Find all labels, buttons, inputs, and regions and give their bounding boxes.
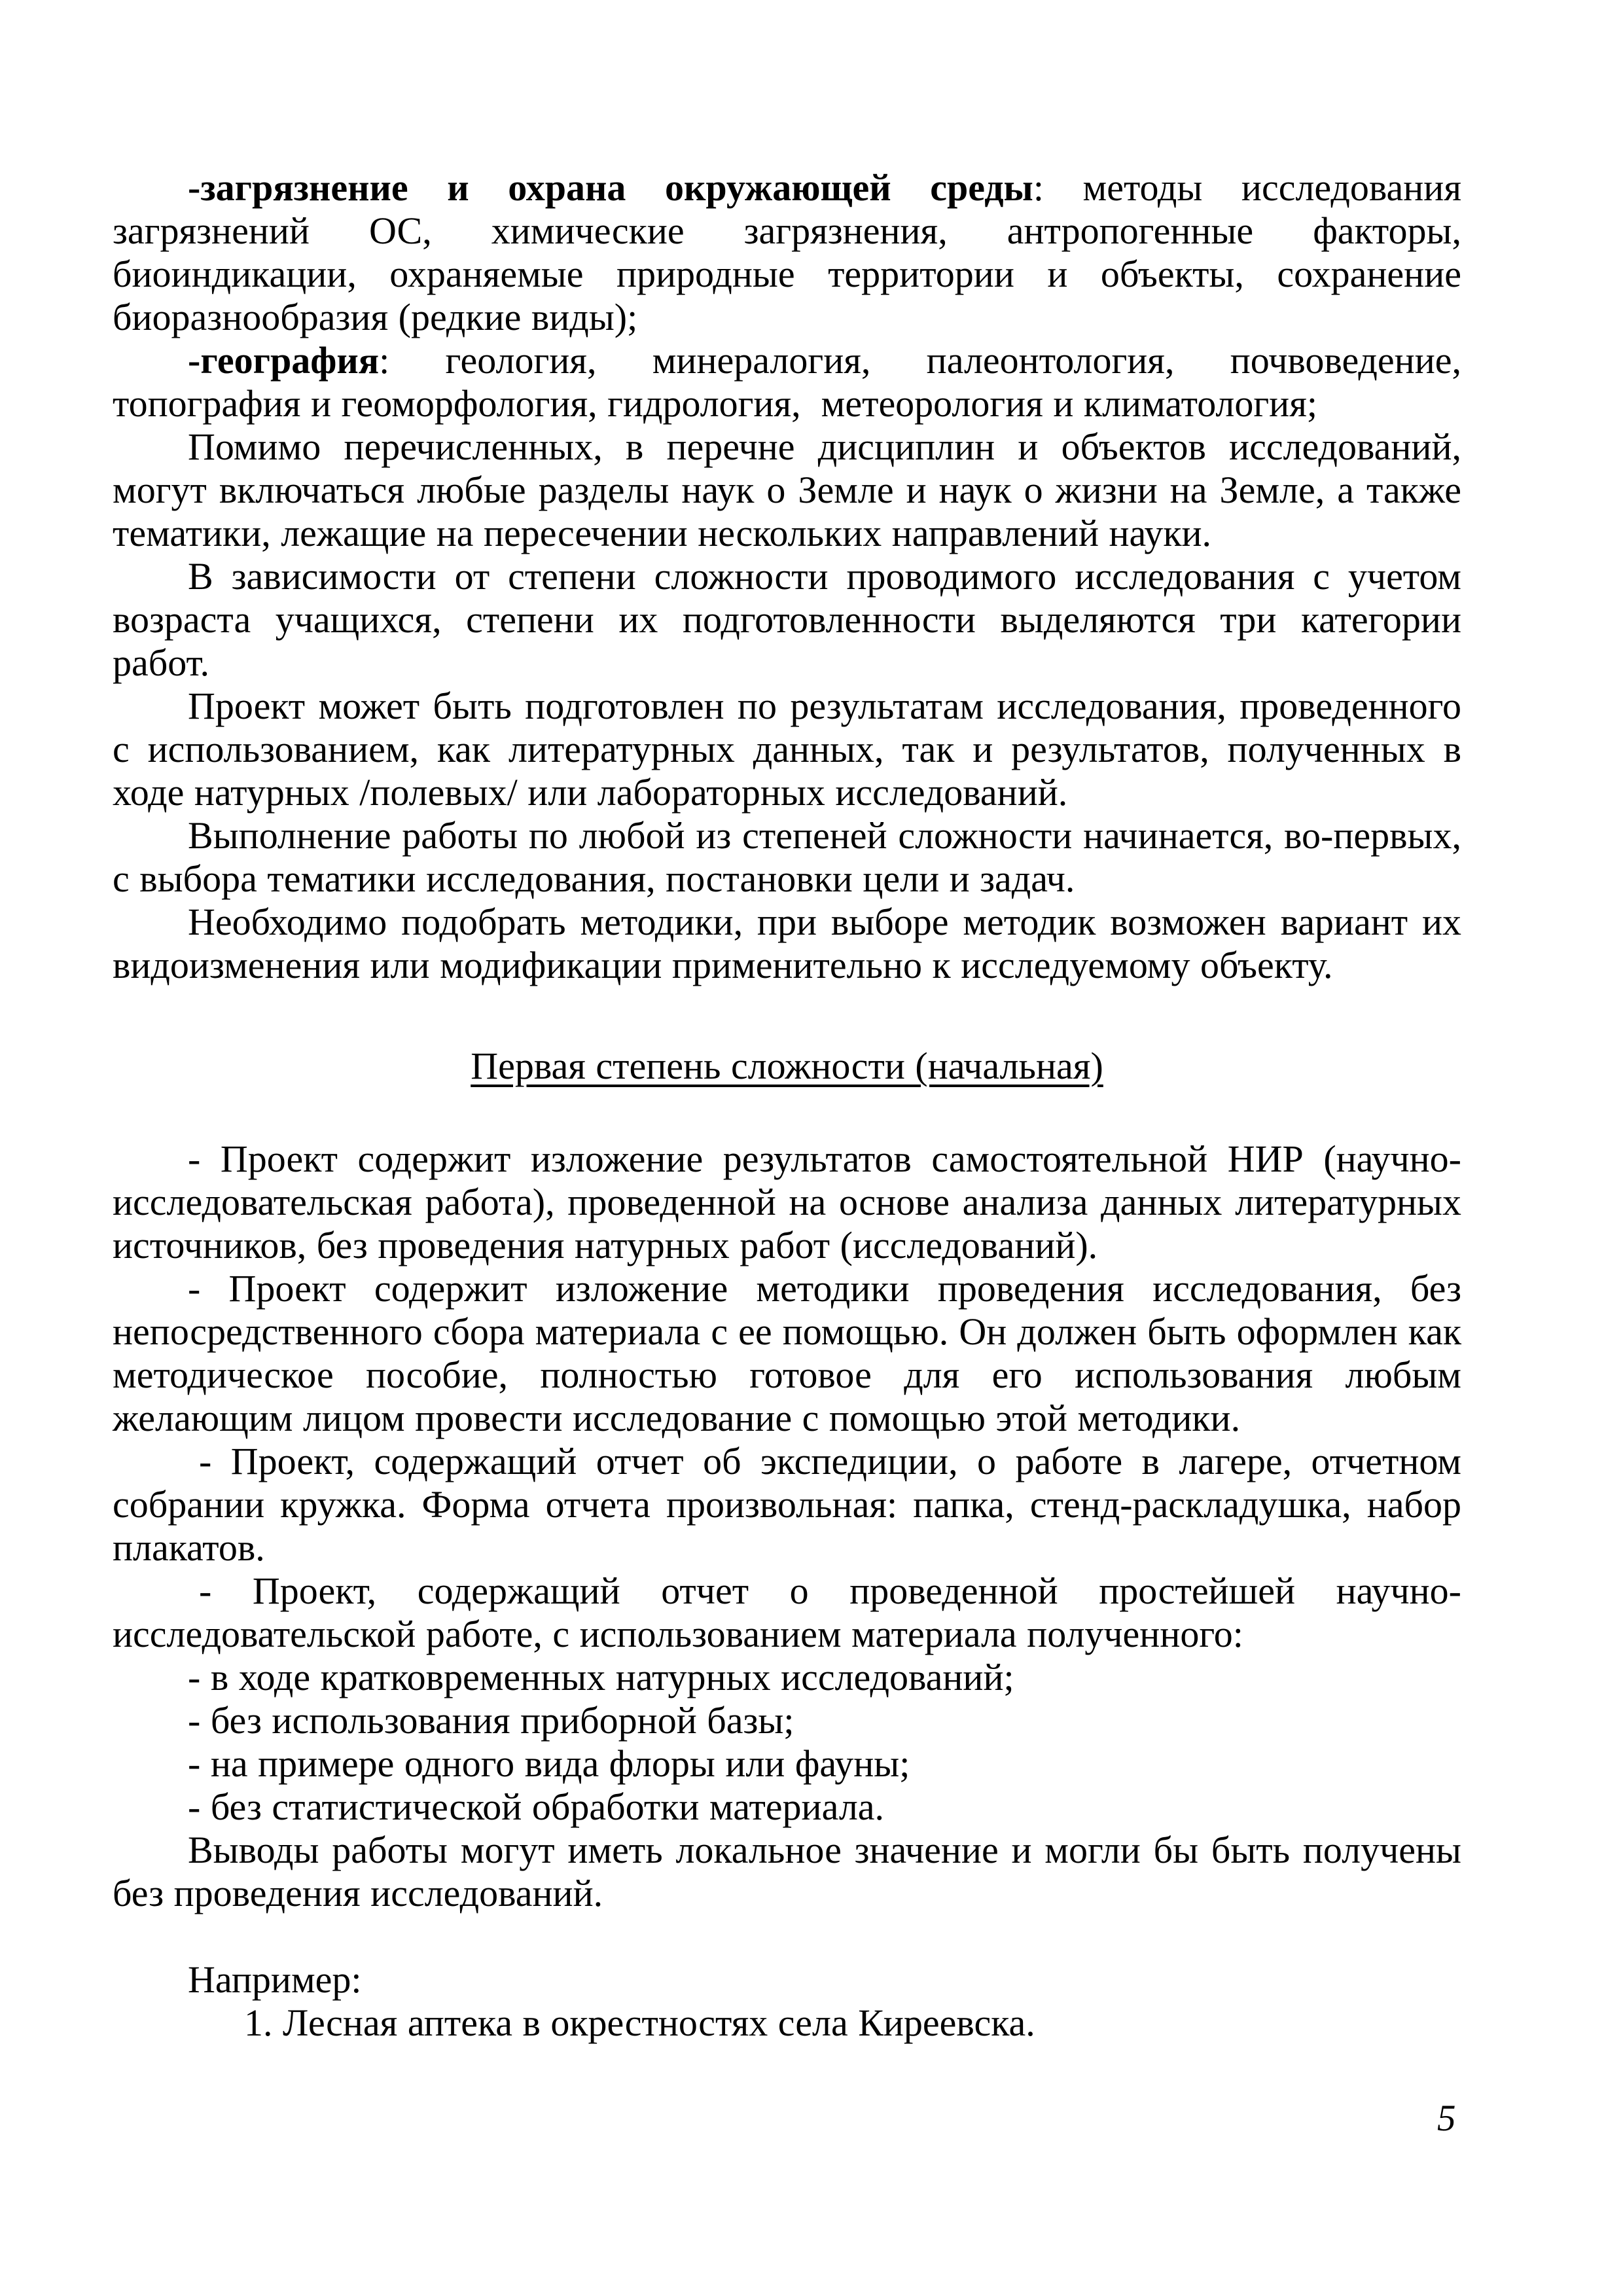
bullet-expedition-report: - Проект, содержащий отчет об экспедиции… bbox=[113, 1440, 1461, 1570]
list-item-no-instruments: - без использования приборной базы; bbox=[113, 1699, 1461, 1742]
list-item-no-statistics: - без статистической обработки материала… bbox=[113, 1785, 1461, 1829]
paragraph-complexity-categories: В зависимости от степени сложности прово… bbox=[113, 555, 1461, 685]
section-heading-text: Первая степень сложности (начальная) bbox=[471, 1045, 1103, 1087]
paragraph-conclusions: Выводы работы могут иметь локальное знач… bbox=[113, 1829, 1461, 1915]
paragraph-work-start: Выполнение работы по любой из степеней с… bbox=[113, 814, 1461, 901]
section-heading: Первая степень сложности (начальная) bbox=[113, 1045, 1461, 1088]
paragraph-geography-lead: -география bbox=[188, 339, 379, 382]
paragraph-beyond-listed: Помимо перечисленных, в перечне дисципли… bbox=[113, 425, 1461, 555]
bullet-lit-review: - Проект содержит изложение результатов … bbox=[113, 1138, 1461, 1267]
list-item-single-species: - на примере одного вида флоры или фауны… bbox=[113, 1742, 1461, 1785]
paragraph-pollution: -загрязнение и охрана окружающей среды: … bbox=[113, 166, 1461, 339]
paragraph-pollution-lead: -загрязнение и охрана окружающей среды bbox=[188, 166, 1033, 209]
paragraph-geography: -география: геология, минералогия, палео… bbox=[113, 339, 1461, 425]
bullet-simple-research: - Проект, содержащий отчет о проведенной… bbox=[113, 1570, 1461, 1656]
page-number: 5 bbox=[1437, 2097, 1456, 2140]
paragraph-project-sources: Проект может быть подготовлен по результ… bbox=[113, 685, 1461, 814]
bullet-methodology: - Проект содержит изложение методики про… bbox=[113, 1267, 1461, 1440]
document-page: -загрязнение и охрана окружающей среды: … bbox=[0, 0, 1623, 2296]
list-item-field-research: - в ходе кратковременных натурных исслед… bbox=[113, 1656, 1461, 1699]
example-label: Например: bbox=[113, 1958, 1461, 2001]
paragraph-methods-selection: Необходимо подобрать методики, при выбор… bbox=[113, 901, 1461, 987]
document-body: -загрязнение и охрана окружающей среды: … bbox=[113, 166, 1461, 2045]
example-item: 1. Лесная аптека в окрестностях села Кир… bbox=[113, 2001, 1461, 2045]
